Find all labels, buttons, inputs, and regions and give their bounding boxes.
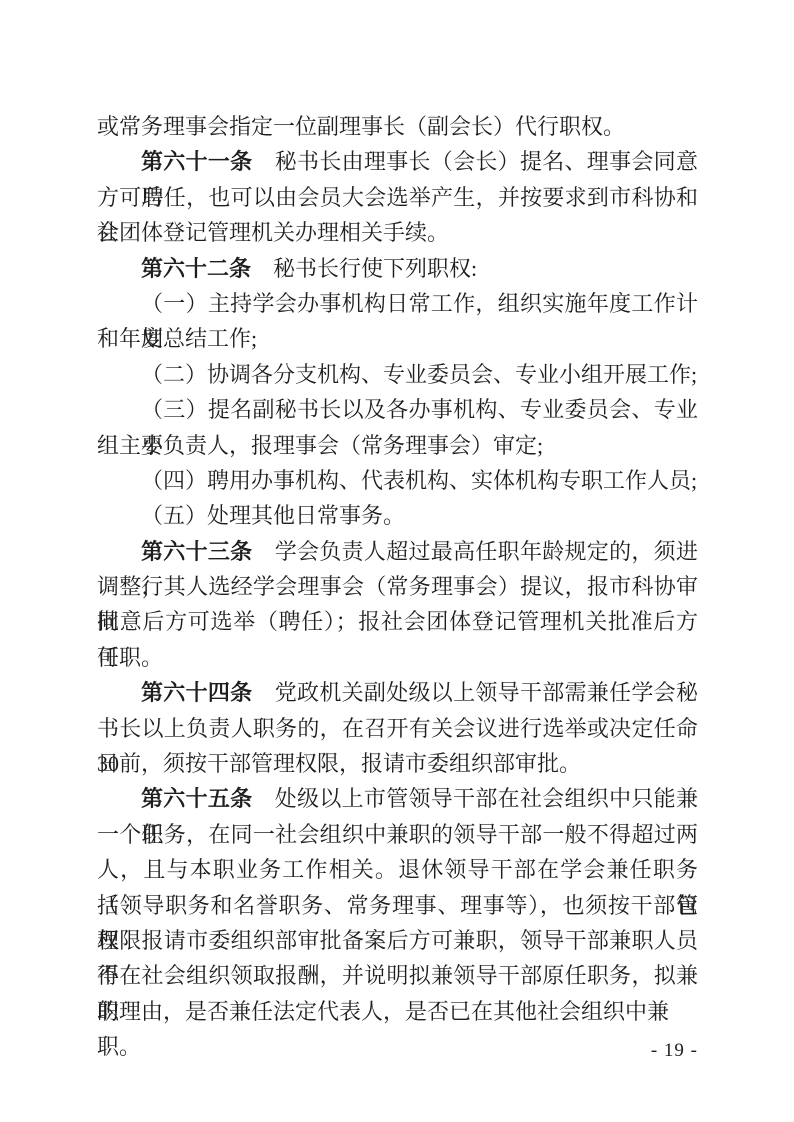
text-line: 第六十四条 党政机关副处级以上领导干部需兼任学会秘 — [97, 675, 698, 710]
text-line: 得在社会组织领取报酬，并说明拟兼领导干部原任职务，拟兼职 — [97, 958, 698, 993]
text-line: 会团体登记管理机关办理相关手续。 — [97, 215, 698, 250]
text-line: 或常务理事会指定一位副理事长（副会长）代行职权。 — [97, 109, 698, 144]
page-number: - 19 - — [97, 1040, 698, 1062]
text-line: 同意后方可选举（聘任）；报社会团体登记管理机关批准后方可 — [97, 604, 698, 639]
text-segment: 任职。 — [97, 645, 163, 670]
article-heading: 第六十三条 — [141, 539, 252, 564]
article-heading: 第六十一条 — [141, 149, 252, 174]
text-line: （四）聘用办事机构、代表机构、实体机构专职工作人员; — [97, 463, 698, 498]
text-line: 括领导职务和名誉职务、常务理事、理事等），也须按干部管理 — [97, 888, 698, 923]
text-line: 第六十二条 秘书长行使下列职权: — [97, 251, 698, 286]
text-line: （三）提名副秘书长以及各办事机构、专业委员会、专业小 — [97, 392, 698, 427]
article-heading: 第六十四条 — [141, 680, 252, 705]
text-segment: 党政机关副处级以上领导干部需兼任学会秘 — [252, 680, 698, 705]
text-line: 方可聘任，也可以由会员大会选举产生，并按要求到市科协和社 — [97, 180, 698, 215]
article-heading: 第六十五条 — [141, 786, 252, 811]
text-line: （五）处理其他日常事务。 — [97, 498, 698, 533]
text-segment: 一个职务，在同一社会组织中兼职的领导干部一般不得超过两 — [97, 822, 698, 847]
text-line: 第六十三条 学会负责人超过最高任职年龄规定的，须进行 — [97, 534, 698, 569]
text-segment: （五）处理其他日常事务。 — [141, 503, 405, 528]
text-segment: （二）协调各分支机构、专业委员会、专业小组开展工作; — [141, 362, 697, 387]
article-heading: 第六十二条 — [141, 256, 251, 281]
text-line: 第六十五条 处级以上市管领导干部在社会组织中只能兼任 — [97, 781, 698, 816]
text-line: 权限报请市委组织部审批备案后方可兼职，领导干部兼职人员不 — [97, 923, 698, 958]
text-line: （一）主持学会办事机构日常工作，组织实施年度工作计划 — [97, 286, 698, 321]
text-line: 任职。 — [97, 640, 698, 675]
text-segment: 组主要负责人，报理事会（常务理事会）审定; — [97, 433, 543, 458]
text-line: （二）协调各分支机构、专业委员会、专业小组开展工作; — [97, 357, 698, 392]
text-segment: 和年度总结工作; — [97, 326, 257, 351]
text-line: 日前，须按干部管理权限，报请市委组织部审批。 — [97, 746, 698, 781]
text-body: 或常务理事会指定一位副理事长（副会长）代行职权。第六十一条 秘书长由理事长（会长… — [97, 109, 698, 1029]
text-segment: （四）聘用办事机构、代表机构、实体机构专职工作人员; — [141, 468, 697, 493]
text-line: 组主要负责人，报理事会（常务理事会）审定; — [97, 428, 698, 463]
document-page: 或常务理事会指定一位副理事长（副会长）代行职权。第六十一条 秘书长由理事长（会长… — [0, 0, 794, 1122]
text-line: 一个职务，在同一社会组织中兼职的领导干部一般不得超过两 — [97, 817, 698, 852]
text-line: 人，且与本职业务工作相关。退休领导干部在学会兼任职务（包 — [97, 852, 698, 887]
text-segment: 秘书长行使下列职权: — [251, 256, 477, 281]
text-segment: 会团体登记管理机关办理相关手续。 — [97, 220, 449, 245]
text-line: 和年度总结工作; — [97, 321, 698, 356]
text-line: 书长以上负责人职务的，在召开有关会议进行选举或决定任命 30 — [97, 711, 698, 746]
text-line: 调整，其人选经学会理事会（常务理事会）提议，报市科协审批 — [97, 569, 698, 604]
text-segment: 日前，须按干部管理权限，报请市委组织部审批。 — [97, 751, 581, 776]
text-line: 的理由，是否兼任法定代表人，是否已在其他社会组织中兼职。 — [97, 994, 698, 1029]
text-segment: 或常务理事会指定一位副理事长（副会长）代行职权。 — [97, 114, 625, 139]
text-line: 第六十一条 秘书长由理事长（会长）提名、理事会同意后 — [97, 144, 698, 179]
